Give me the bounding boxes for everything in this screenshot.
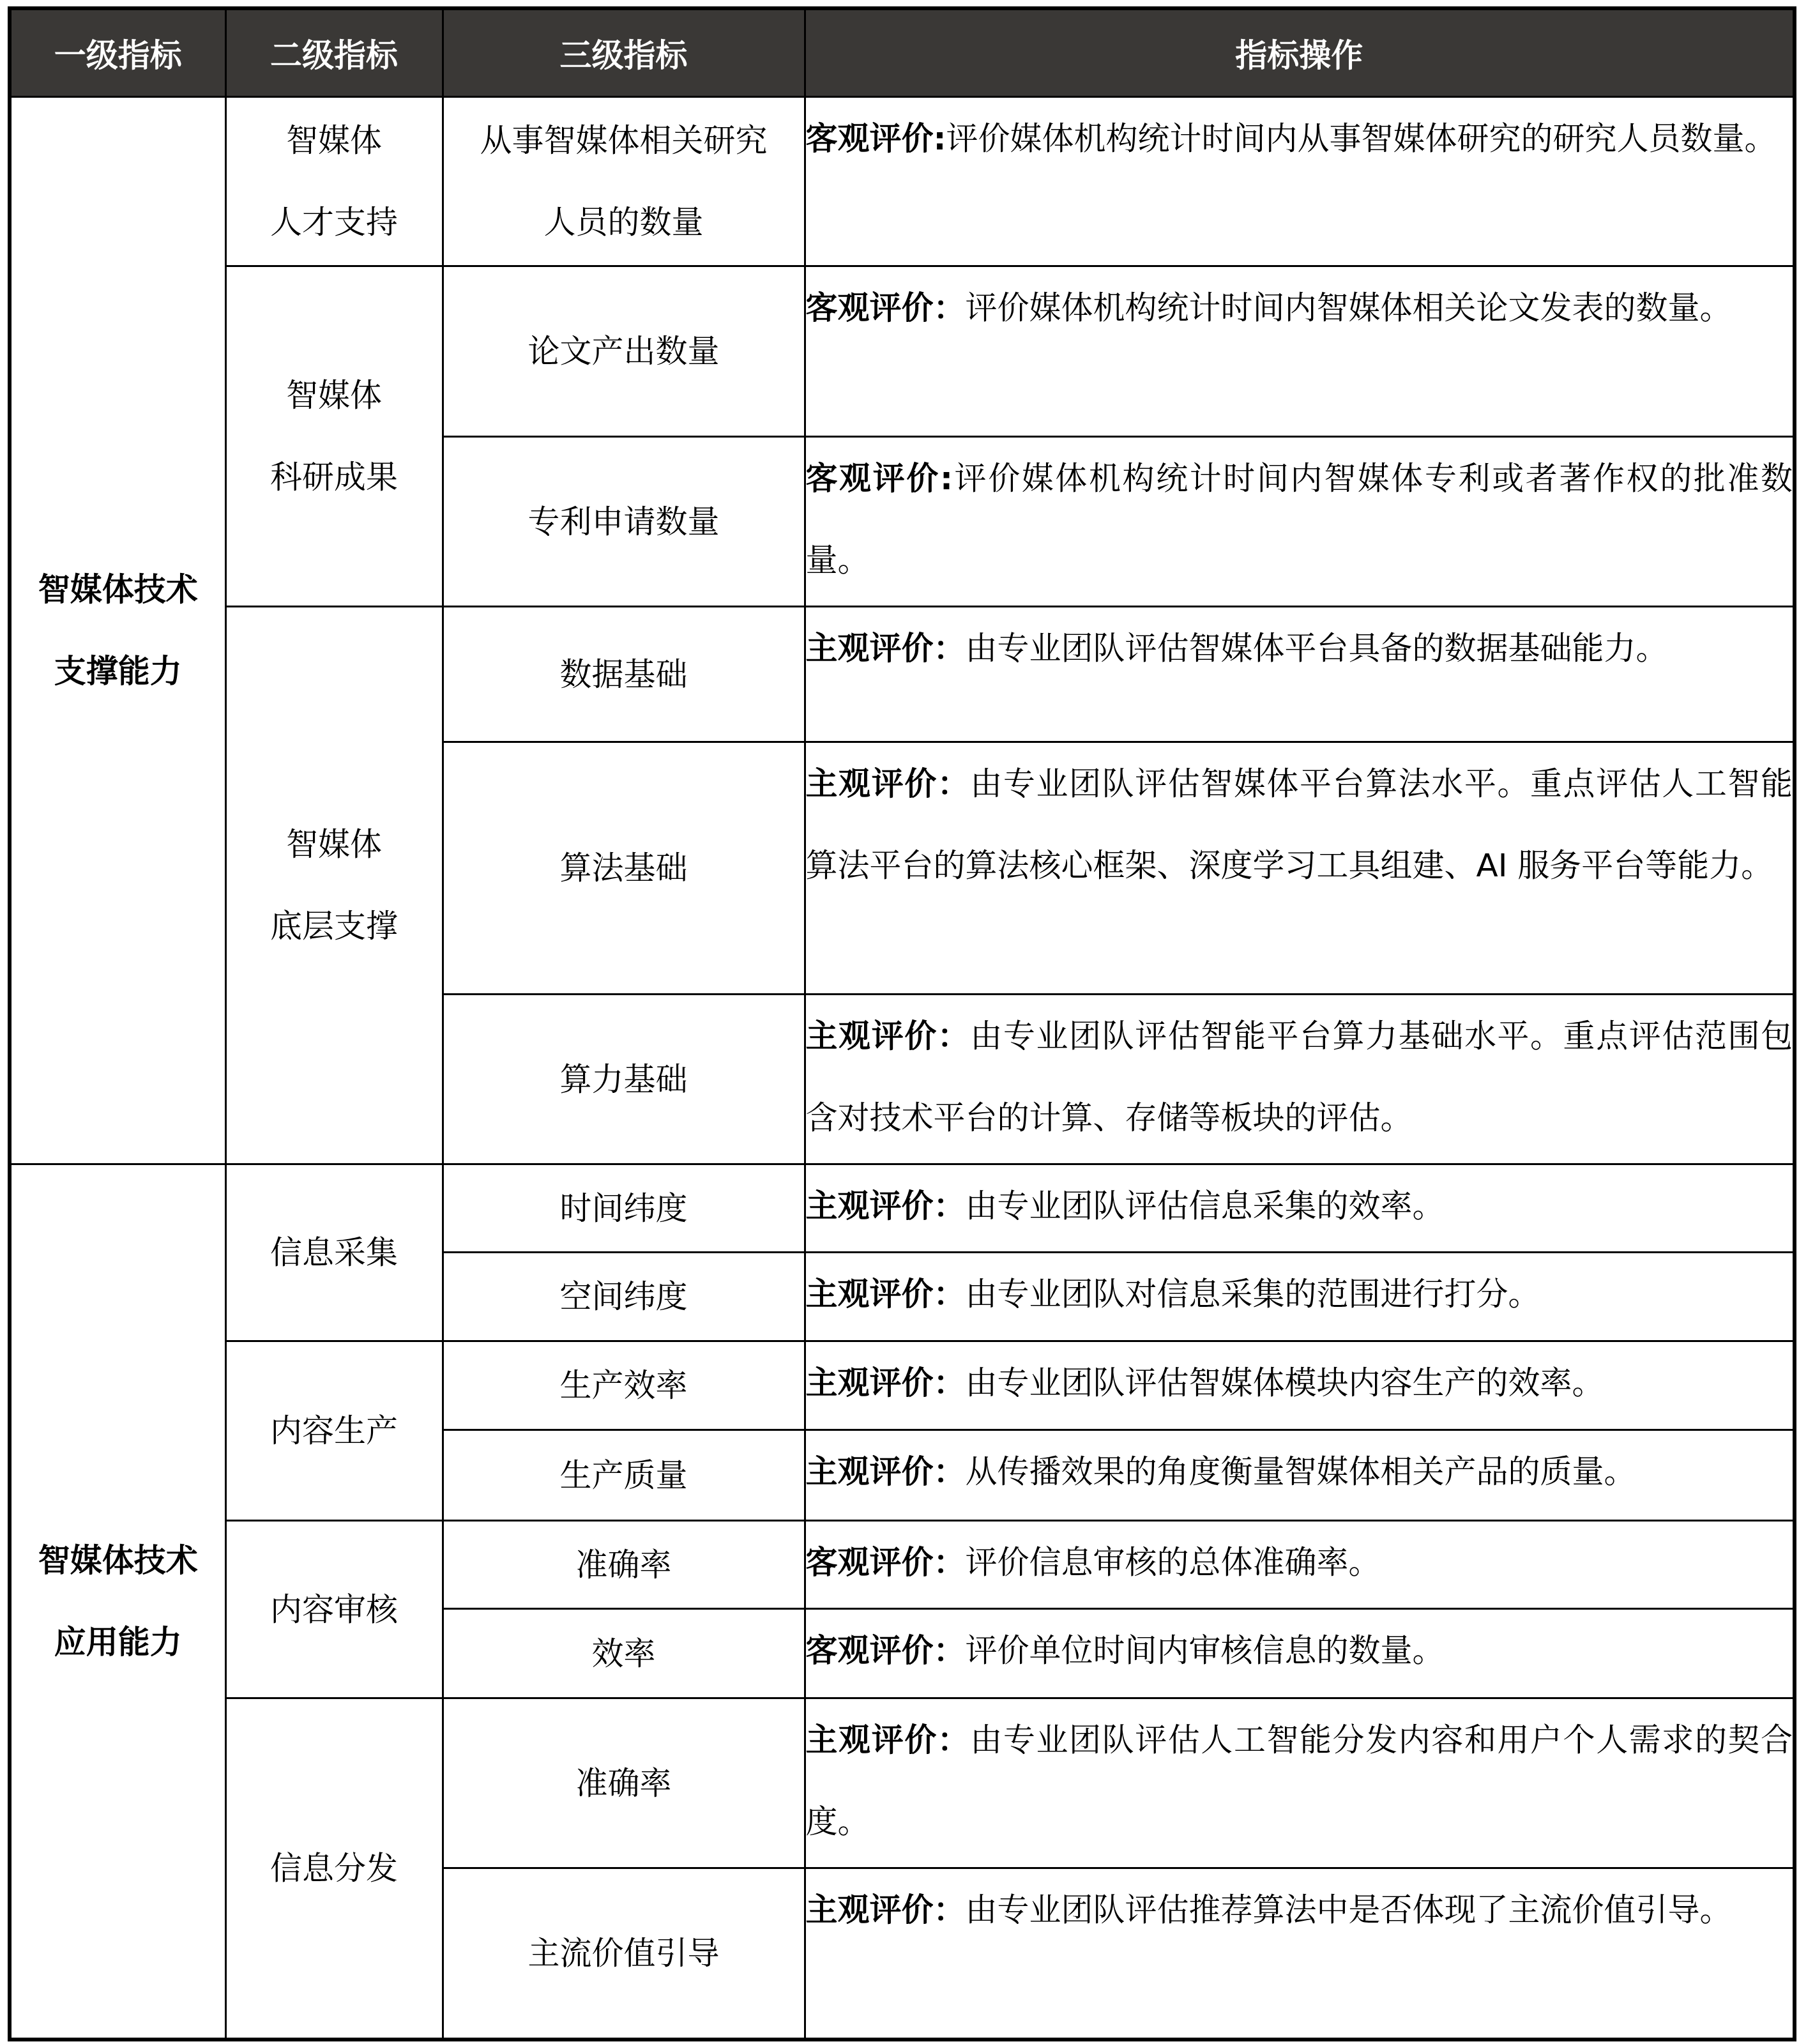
level1-cell: 智媒体技术 支撑能力 xyxy=(10,97,225,1164)
header-level3: 三级指标 xyxy=(443,8,805,97)
level2-label: 智媒体 xyxy=(227,100,442,181)
evaluation-type: 客观评价： xyxy=(806,1544,966,1581)
level3-cell: 论文产出数量 xyxy=(443,266,805,437)
level2-cell: 信息采集 xyxy=(225,1164,443,1341)
operation-cell: 客观评价:评价媒体机构统计时间内智媒体专利或者著作权的批准数量。 xyxy=(805,437,1795,607)
level2-cell: 内容审核 xyxy=(225,1521,443,1698)
level2-cell: 智媒体 科研成果 xyxy=(225,266,443,607)
operation-cell: 主观评价：由专业团队评估信息采集的效率。 xyxy=(805,1164,1795,1253)
level3-cell: 从事智媒体相关研究 人员的数量 xyxy=(443,97,805,266)
level2-label: 智媒体 xyxy=(227,355,442,436)
table-row: 智媒体 底层支撑 数据基础 主观评价：由专业团队评估智媒体平台具备的数据基础能力… xyxy=(10,607,1795,742)
evaluation-type: 主观评价： xyxy=(806,1891,966,1928)
operation-cell: 主观评价：由专业团队评估智媒体平台算法水平。重点评估人工智能算法平台的算法核心框… xyxy=(805,742,1795,995)
evaluation-text: 评价媒体机构统计时间内智媒体相关论文发表的数量。 xyxy=(966,289,1732,326)
level2-cell: 内容生产 xyxy=(225,1341,443,1521)
evaluation-type: 主观评价： xyxy=(806,1187,966,1224)
operation-cell: 主观评价：由专业团队评估智媒体模块内容生产的效率。 xyxy=(805,1341,1795,1430)
evaluation-type: 客观评价: xyxy=(806,120,946,157)
evaluation-type: 主观评价： xyxy=(806,1364,966,1401)
table-row: 智媒体 科研成果 论文产出数量 客观评价：评价媒体机构统计时间内智媒体相关论文发… xyxy=(10,266,1795,437)
level2-label: 智媒体 xyxy=(227,804,442,885)
header-level1: 一级指标 xyxy=(10,8,225,97)
level3-cell: 生产效率 xyxy=(443,1341,805,1430)
operation-cell: 主观评价：从传播效果的角度衡量智媒体相关产品的质量。 xyxy=(805,1430,1795,1521)
level3-cell: 专利申请数量 xyxy=(443,437,805,607)
evaluation-type: 主观评价： xyxy=(806,630,966,667)
evaluation-type: 主观评价： xyxy=(806,765,971,802)
operation-cell: 主观评价：由专业团队评估智媒体平台具备的数据基础能力。 xyxy=(805,607,1795,742)
level2-label: 人才支持 xyxy=(227,181,442,263)
evaluation-text: 评价媒体机构统计时间内从事智媒体研究的研究人员数量。 xyxy=(946,120,1777,157)
evaluation-text: 由专业团队对信息采集的范围进行打分。 xyxy=(966,1276,1540,1313)
level1-label: 支撑能力 xyxy=(11,630,225,712)
level2-label: 科研成果 xyxy=(227,436,442,518)
level3-cell: 准确率 xyxy=(443,1698,805,1868)
header-operation: 指标操作 xyxy=(805,8,1795,97)
level2-label: 底层支撑 xyxy=(227,885,442,967)
operation-cell: 客观评价：评价媒体机构统计时间内智媒体相关论文发表的数量。 xyxy=(805,266,1795,437)
level3-cell: 时间纬度 xyxy=(443,1164,805,1253)
level3-cell: 空间纬度 xyxy=(443,1253,805,1341)
evaluation-text: 评价媒体机构统计时间内智媒体专利或者著作权的批准数量。 xyxy=(806,460,1793,579)
indicator-table: 一级指标 二级指标 三级指标 指标操作 智媒体技术 支撑能力 智媒体 人才支持 … xyxy=(8,6,1796,2041)
evaluation-text: 由专业团队评估信息采集的效率。 xyxy=(966,1187,1445,1224)
level3-cell: 准确率 xyxy=(443,1521,805,1609)
level3-cell: 数据基础 xyxy=(443,607,805,742)
level2-cell: 信息分发 xyxy=(225,1698,443,2040)
table-row: 信息分发 准确率 主观评价：由专业团队评估人工智能分发内容和用户个人需求的契合度… xyxy=(10,1698,1795,1868)
level3-label: 从事智媒体相关研究 xyxy=(444,100,804,181)
evaluation-type: 客观评价： xyxy=(806,289,966,326)
level3-cell: 生产质量 xyxy=(443,1430,805,1521)
evaluation-type: 主观评价： xyxy=(806,1276,966,1313)
evaluation-text: 评价信息审核的总体准确率。 xyxy=(966,1544,1381,1581)
table-row: 智媒体技术 支撑能力 智媒体 人才支持 从事智媒体相关研究 人员的数量 客观评价… xyxy=(10,97,1795,266)
evaluation-type: 客观评价： xyxy=(806,1632,966,1669)
table-row: 内容审核 准确率 客观评价：评价信息审核的总体准确率。 xyxy=(10,1521,1795,1609)
operation-cell: 主观评价：由专业团队评估人工智能分发内容和用户个人需求的契合度。 xyxy=(805,1698,1795,1868)
table-row: 内容生产 生产效率 主观评价：由专业团队评估智媒体模块内容生产的效率。 xyxy=(10,1341,1795,1430)
operation-cell: 客观评价:评价媒体机构统计时间内从事智媒体研究的研究人员数量。 xyxy=(805,97,1795,266)
evaluation-type: 主观评价： xyxy=(806,1453,966,1490)
evaluation-text: 评价单位时间内审核信息的数量。 xyxy=(966,1632,1445,1669)
level3-cell: 效率 xyxy=(443,1609,805,1698)
operation-cell: 主观评价：由专业团队评估智能平台算力基础水平。重点评估范围包含对技术平台的计算、… xyxy=(805,995,1795,1164)
evaluation-text: 由专业团队评估推荐算法中是否体现了主流价值引导。 xyxy=(966,1891,1732,1928)
level1-label: 应用能力 xyxy=(11,1601,225,1683)
operation-cell: 主观评价：由专业团队评估推荐算法中是否体现了主流价值引导。 xyxy=(805,1868,1795,2040)
level3-cell: 主流价值引导 xyxy=(443,1868,805,2040)
evaluation-type: 客观评价: xyxy=(806,460,953,497)
evaluation-type: 主观评价： xyxy=(806,1018,971,1055)
level3-label: 人员的数量 xyxy=(444,181,804,263)
level3-cell: 算法基础 xyxy=(443,742,805,995)
operation-cell: 客观评价：评价单位时间内审核信息的数量。 xyxy=(805,1609,1795,1698)
evaluation-type: 主观评价： xyxy=(806,1721,971,1758)
evaluation-text: 由专业团队评估智媒体模块内容生产的效率。 xyxy=(966,1364,1604,1401)
level2-cell: 智媒体 底层支撑 xyxy=(225,607,443,1164)
level1-label: 智媒体技术 xyxy=(11,549,225,630)
evaluation-text: 从传播效果的角度衡量智媒体相关产品的质量。 xyxy=(966,1453,1636,1490)
header-level2: 二级指标 xyxy=(225,8,443,97)
level1-label: 智媒体技术 xyxy=(11,1520,225,1601)
operation-cell: 主观评价：由专业团队对信息采集的范围进行打分。 xyxy=(805,1253,1795,1341)
level1-cell: 智媒体技术 应用能力 xyxy=(10,1164,225,2040)
evaluation-text: 由专业团队评估智媒体平台具备的数据基础能力。 xyxy=(966,630,1668,667)
level3-cell: 算力基础 xyxy=(443,995,805,1164)
level2-cell: 智媒体 人才支持 xyxy=(225,97,443,266)
table-row: 智媒体技术 应用能力 信息采集 时间纬度 主观评价：由专业团队评估信息采集的效率… xyxy=(10,1164,1795,1253)
operation-cell: 客观评价：评价信息审核的总体准确率。 xyxy=(805,1521,1795,1609)
header-row: 一级指标 二级指标 三级指标 指标操作 xyxy=(10,8,1795,97)
